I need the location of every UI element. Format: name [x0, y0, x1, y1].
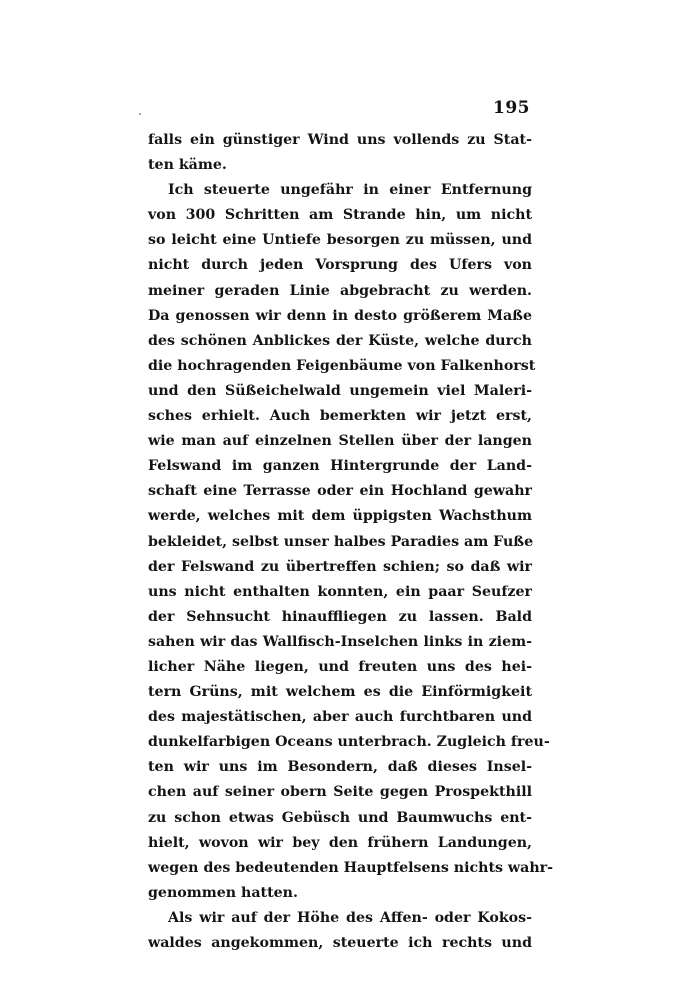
text-line: wie man auf einzelnen Stellen über der l…: [148, 429, 532, 454]
text-line: des majestätischen, aber auch furchtbare…: [148, 705, 532, 730]
text-line: ten käme.: [148, 153, 532, 178]
paragraph-start-line: Als wir auf der Höhe des Affen- oder Kok…: [148, 906, 532, 931]
body-text: falls ein günstiger Wind uns vollends zu…: [148, 128, 532, 956]
text-line: meiner geraden Linie abgebracht zu werde…: [148, 279, 532, 304]
text-line: licher Nähe liegen, und freuten uns des …: [148, 655, 532, 680]
text-line: schaft eine Terrasse oder ein Hochland g…: [148, 479, 532, 504]
text-line: zu schon etwas Gebüsch und Baumwuchs ent…: [148, 806, 532, 831]
text-line: waldes angekommen, steuerte ich rechts u…: [148, 931, 532, 956]
text-line: sahen wir das Wallfisch-Inselchen links …: [148, 630, 532, 655]
text-line: der Felswand zu übertreffen schien; so d…: [148, 555, 532, 580]
book-page: 195 falls ein günstiger Wind uns vollend…: [0, 0, 681, 1000]
text-line: von 300 Schritten am Strande hin, um nic…: [148, 203, 532, 228]
text-line: sches erhielt. Auch bemerkten wir jetzt …: [148, 404, 532, 429]
text-line: chen auf seiner obern Seite gegen Prospe…: [148, 780, 532, 805]
text-line: Da genossen wir denn in desto größerem M…: [148, 304, 532, 329]
text-line: hielt, wovon wir bey den frühern Landung…: [148, 831, 532, 856]
text-line: tern Grüns, mit welchem es die Einförmig…: [148, 680, 532, 705]
paragraph-start-line: Ich steuerte ungefähr in einer Entfernun…: [148, 178, 532, 203]
text-line: bekleidet, selbst unser halbes Paradies …: [148, 530, 532, 555]
text-line: Felswand im ganzen Hintergrunde der Land…: [148, 454, 532, 479]
text-line: dunkelfarbigen Oceans unterbrach. Zuglei…: [148, 730, 532, 755]
scan-speck: [139, 113, 141, 115]
text-line: genommen hatten.: [148, 881, 532, 906]
text-line: die hochragenden Feigenbäume von Falkenh…: [148, 354, 532, 379]
text-line: der Sehnsucht hinauffliegen zu lassen. B…: [148, 605, 532, 630]
text-line: falls ein günstiger Wind uns vollends zu…: [148, 128, 532, 153]
text-line: nicht durch jeden Vorsprung des Ufers vo…: [148, 253, 532, 278]
text-line: ten wir uns im Besondern, daß dieses Ins…: [148, 755, 532, 780]
text-line: wegen des bedeutenden Hauptfelsens nicht…: [148, 856, 532, 881]
text-line: des schönen Anblickes der Küste, welche …: [148, 329, 532, 354]
page-number: 195: [490, 98, 530, 118]
text-line: so leicht eine Untiefe besorgen zu müsse…: [148, 228, 532, 253]
text-line: werde, welches mit dem üppigsten Wachsth…: [148, 504, 532, 529]
text-line: und den Süßeichelwald ungemein viel Male…: [148, 379, 532, 404]
text-line: uns nicht enthalten konnten, ein paar Se…: [148, 580, 532, 605]
